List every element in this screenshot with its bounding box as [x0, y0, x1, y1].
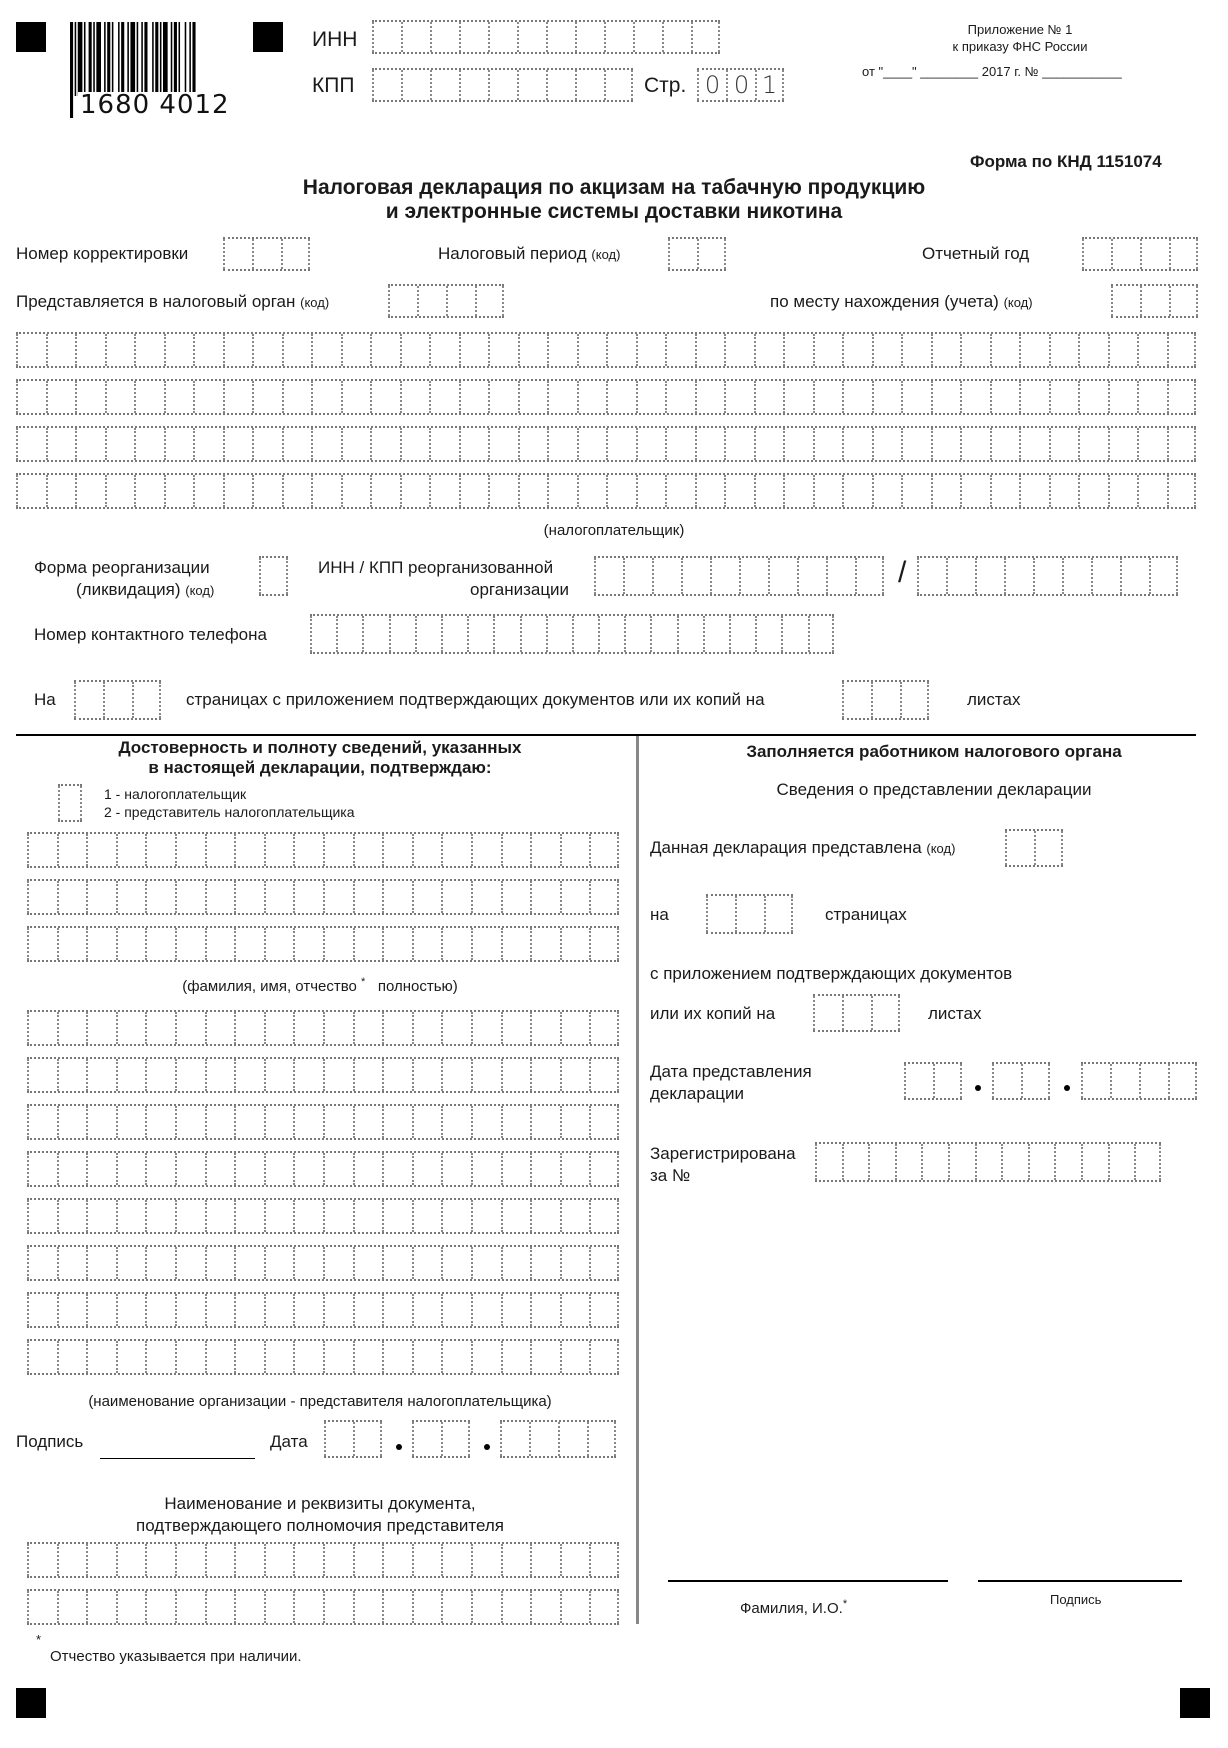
input-cell[interactable] — [677, 616, 703, 652]
input-cell[interactable] — [362, 616, 388, 652]
input-cell[interactable] — [372, 22, 401, 52]
input-cell[interactable] — [341, 381, 371, 413]
input-cell[interactable] — [691, 22, 720, 52]
input-cell[interactable] — [471, 1200, 501, 1232]
input-cell[interactable] — [429, 381, 459, 413]
input-cell[interactable] — [815, 1144, 842, 1180]
input-cell[interactable] — [1139, 1064, 1168, 1098]
input-cell[interactable] — [493, 616, 519, 652]
input-cell[interactable] — [1019, 381, 1049, 413]
input-cell[interactable] — [530, 1341, 560, 1373]
input-cell[interactable] — [105, 475, 135, 507]
input-cell[interactable] — [589, 1200, 619, 1232]
input-cell[interactable] — [960, 475, 990, 507]
input-cell[interactable] — [1078, 428, 1108, 460]
input-cell[interactable] — [560, 1341, 590, 1373]
input-cell[interactable] — [323, 1106, 353, 1138]
input-cell[interactable] — [459, 381, 489, 413]
input-cell[interactable] — [116, 1012, 146, 1044]
input-cell[interactable] — [264, 1544, 294, 1576]
input-cell[interactable] — [46, 428, 76, 460]
input-cell[interactable] — [282, 381, 312, 413]
input-cell[interactable] — [589, 1341, 619, 1373]
input-cell[interactable] — [57, 1200, 87, 1232]
input-cell[interactable] — [1149, 558, 1178, 594]
input-cell[interactable] — [310, 616, 336, 652]
input-cell[interactable] — [311, 428, 341, 460]
input-cell[interactable] — [353, 1294, 383, 1326]
input-cell[interactable] — [145, 1106, 175, 1138]
input-cell[interactable] — [116, 834, 146, 866]
input-cell[interactable] — [842, 1144, 869, 1180]
input-cell[interactable] — [175, 1106, 205, 1138]
input-cell[interactable] — [264, 834, 294, 866]
input-cell[interactable] — [370, 475, 400, 507]
input-cell[interactable] — [441, 1106, 471, 1138]
input-cell[interactable] — [560, 1544, 590, 1576]
confirm-role-field[interactable] — [58, 784, 82, 822]
input-cell[interactable] — [412, 1153, 442, 1185]
input-cell[interactable] — [754, 381, 784, 413]
input-cell[interactable] — [901, 428, 931, 460]
input-cell[interactable] — [459, 475, 489, 507]
input-cell[interactable] — [1001, 1144, 1028, 1180]
input-cell[interactable] — [488, 70, 517, 100]
input-cell[interactable] — [86, 881, 116, 913]
input-cell[interactable] — [382, 1341, 412, 1373]
input-cell[interactable] — [223, 475, 253, 507]
input-cell[interactable] — [1108, 475, 1138, 507]
input-cell[interactable] — [471, 834, 501, 866]
input-cell[interactable] — [560, 834, 590, 866]
input-cell[interactable] — [724, 475, 754, 507]
input-cell[interactable] — [205, 1106, 235, 1138]
taxpayer-name-row[interactable] — [16, 332, 1196, 368]
input-cell[interactable] — [710, 558, 739, 594]
tax-period-field[interactable] — [668, 237, 726, 271]
representative-org-row[interactable] — [27, 1151, 619, 1187]
input-cell[interactable] — [134, 381, 164, 413]
input-cell[interactable] — [264, 928, 294, 960]
input-cell[interactable] — [223, 381, 253, 413]
input-cell[interactable] — [412, 1422, 441, 1456]
input-cell[interactable] — [116, 1106, 146, 1138]
input-cell[interactable] — [598, 616, 624, 652]
input-cell[interactable] — [960, 428, 990, 460]
input-cell[interactable] — [353, 1422, 382, 1456]
input-cell[interactable] — [293, 1294, 323, 1326]
input-cell[interactable] — [842, 475, 872, 507]
input-cell[interactable] — [336, 616, 362, 652]
input-cell[interactable] — [826, 558, 855, 594]
input-cell[interactable] — [872, 381, 902, 413]
input-cell[interactable] — [518, 428, 548, 460]
input-cell[interactable] — [842, 428, 872, 460]
input-cell[interactable] — [46, 381, 76, 413]
input-cell[interactable] — [441, 1341, 471, 1373]
input-cell[interactable] — [589, 928, 619, 960]
input-cell[interactable] — [264, 1294, 294, 1326]
input-cell[interactable] — [116, 1544, 146, 1576]
input-cell[interactable] — [311, 381, 341, 413]
input-cell[interactable] — [520, 616, 546, 652]
input-cell[interactable] — [703, 616, 729, 652]
input-cell[interactable] — [441, 834, 471, 866]
input-cell[interactable] — [27, 1012, 57, 1044]
input-cell[interactable] — [323, 1200, 353, 1232]
input-cell[interactable] — [441, 1294, 471, 1326]
input-cell[interactable] — [234, 1247, 264, 1279]
input-cell[interactable] — [116, 1059, 146, 1091]
input-cell[interactable] — [1137, 381, 1167, 413]
input-cell[interactable] — [223, 428, 253, 460]
input-cell[interactable] — [606, 381, 636, 413]
input-cell[interactable] — [252, 475, 282, 507]
input-cell[interactable] — [587, 1422, 616, 1456]
input-cell[interactable] — [27, 1106, 57, 1138]
input-cell[interactable] — [665, 334, 695, 366]
input-cell[interactable] — [488, 22, 517, 52]
input-cell[interactable] — [931, 381, 961, 413]
input-cell[interactable] — [323, 1247, 353, 1279]
input-cell[interactable] — [132, 682, 161, 718]
input-cell[interactable] — [234, 881, 264, 913]
input-cell[interactable] — [975, 558, 1004, 594]
input-cell[interactable] — [415, 616, 441, 652]
input-cell[interactable] — [471, 1591, 501, 1623]
input-cell[interactable] — [441, 1591, 471, 1623]
input-cell[interactable] — [518, 334, 548, 366]
input-cell[interactable] — [547, 428, 577, 460]
input-cell[interactable] — [388, 286, 417, 316]
input-cell[interactable] — [412, 1059, 442, 1091]
input-cell[interactable] — [372, 70, 401, 100]
input-cell[interactable] — [901, 475, 931, 507]
input-cell[interactable] — [282, 428, 312, 460]
input-cell[interactable] — [341, 428, 371, 460]
input-cell[interactable] — [27, 834, 57, 866]
input-cell[interactable] — [665, 428, 695, 460]
input-cell[interactable] — [900, 682, 929, 718]
input-cell[interactable] — [234, 928, 264, 960]
representative-org-row[interactable] — [27, 1292, 619, 1328]
input-cell[interactable] — [560, 1294, 590, 1326]
input-cell[interactable] — [353, 1591, 383, 1623]
representative-org-row[interactable] — [27, 1104, 619, 1140]
input-cell[interactable] — [57, 1294, 87, 1326]
input-cell[interactable] — [164, 381, 194, 413]
input-cell[interactable] — [293, 1106, 323, 1138]
input-cell[interactable] — [652, 558, 681, 594]
input-cell[interactable] — [116, 1341, 146, 1373]
input-cell[interactable] — [1108, 381, 1138, 413]
input-cell[interactable] — [323, 1059, 353, 1091]
input-cell[interactable] — [412, 1012, 442, 1044]
input-cell[interactable] — [546, 70, 575, 100]
input-cell[interactable] — [1137, 475, 1167, 507]
input-cell[interactable] — [370, 381, 400, 413]
input-cell[interactable] — [205, 1153, 235, 1185]
input-cell[interactable] — [353, 881, 383, 913]
input-cell[interactable] — [223, 239, 252, 269]
submitted-code-field[interactable] — [1005, 829, 1063, 867]
input-cell[interactable] — [86, 1200, 116, 1232]
representative-org-row[interactable] — [27, 1339, 619, 1375]
correction-number-field[interactable] — [223, 237, 310, 271]
input-cell[interactable] — [471, 1294, 501, 1326]
input-cell[interactable] — [234, 1200, 264, 1232]
input-cell[interactable] — [662, 22, 691, 52]
input-cell[interactable] — [205, 1012, 235, 1044]
input-cell[interactable] — [441, 616, 467, 652]
input-cell[interactable] — [27, 1341, 57, 1373]
input-cell[interactable] — [429, 428, 459, 460]
input-cell[interactable] — [990, 334, 1020, 366]
input-cell[interactable] — [86, 1106, 116, 1138]
input-cell[interactable] — [353, 1247, 383, 1279]
attachment-sheets-field[interactable] — [842, 680, 929, 720]
input-cell[interactable] — [560, 1153, 590, 1185]
input-cell[interactable] — [293, 1153, 323, 1185]
input-cell[interactable] — [382, 1106, 412, 1138]
input-cell[interactable] — [1019, 428, 1049, 460]
taxpayer-name-row[interactable] — [16, 473, 1196, 509]
input-cell[interactable] — [57, 1544, 87, 1576]
input-cell[interactable] — [754, 475, 784, 507]
input-cell[interactable] — [430, 70, 459, 100]
input-cell[interactable] — [960, 381, 990, 413]
input-cell[interactable] — [501, 1544, 531, 1576]
officer-pages-field[interactable] — [706, 894, 793, 934]
input-cell[interactable] — [1034, 831, 1063, 865]
input-cell[interactable] — [412, 928, 442, 960]
input-cell[interactable] — [501, 1153, 531, 1185]
input-cell[interactable] — [1091, 558, 1120, 594]
input-cell[interactable] — [530, 1059, 560, 1091]
input-cell[interactable] — [1108, 334, 1138, 366]
input-cell[interactable] — [975, 1144, 1002, 1180]
input-cell[interactable] — [558, 1422, 587, 1456]
input-cell[interactable] — [530, 1591, 560, 1623]
officer-sheets-field[interactable] — [813, 994, 900, 1032]
input-cell[interactable] — [323, 834, 353, 866]
input-cell[interactable] — [589, 1012, 619, 1044]
input-cell[interactable] — [500, 1422, 529, 1456]
input-cell[interactable] — [501, 1106, 531, 1138]
input-cell[interactable] — [530, 1247, 560, 1279]
reorg-form-field[interactable] — [259, 556, 288, 596]
input-cell[interactable] — [665, 381, 695, 413]
input-cell[interactable] — [323, 1153, 353, 1185]
input-cell[interactable] — [116, 1200, 146, 1232]
input-cell[interactable] — [27, 1059, 57, 1091]
input-cell[interactable] — [1120, 558, 1149, 594]
input-cell[interactable] — [223, 334, 253, 366]
representative-org-row[interactable] — [27, 1010, 619, 1046]
input-cell[interactable] — [353, 1153, 383, 1185]
input-cell[interactable] — [577, 381, 607, 413]
input-cell[interactable] — [234, 1106, 264, 1138]
input-cell[interactable] — [917, 558, 946, 594]
input-cell[interactable] — [382, 834, 412, 866]
input-cell[interactable] — [382, 1247, 412, 1279]
input-cell[interactable] — [577, 334, 607, 366]
input-cell[interactable] — [234, 1012, 264, 1044]
input-cell[interactable] — [341, 334, 371, 366]
input-cell[interactable] — [1005, 831, 1034, 865]
input-cell[interactable] — [606, 428, 636, 460]
input-cell[interactable] — [145, 1294, 175, 1326]
input-cell[interactable] — [293, 1591, 323, 1623]
input-cell[interactable] — [1167, 334, 1197, 366]
input-cell[interactable] — [931, 334, 961, 366]
input-cell[interactable] — [353, 928, 383, 960]
input-cell[interactable] — [429, 334, 459, 366]
input-cell[interactable] — [116, 881, 146, 913]
input-cell[interactable] — [471, 928, 501, 960]
input-cell[interactable] — [293, 881, 323, 913]
reorg-kpp-field[interactable] — [917, 556, 1178, 596]
input-cell[interactable] — [234, 1341, 264, 1373]
input-cell[interactable] — [781, 616, 807, 652]
input-cell[interactable] — [57, 1153, 87, 1185]
input-cell[interactable] — [264, 881, 294, 913]
input-cell[interactable] — [27, 1153, 57, 1185]
input-cell[interactable] — [488, 381, 518, 413]
input-cell[interactable] — [1049, 334, 1079, 366]
representative-org-row[interactable] — [27, 1057, 619, 1093]
input-cell[interactable] — [27, 928, 57, 960]
input-cell[interactable] — [560, 881, 590, 913]
input-cell[interactable] — [57, 1106, 87, 1138]
input-cell[interactable] — [1081, 1064, 1110, 1098]
input-cell[interactable] — [441, 1153, 471, 1185]
input-cell[interactable] — [86, 1153, 116, 1185]
page-number-field[interactable]: 001 — [697, 68, 784, 102]
input-cell[interactable] — [193, 334, 223, 366]
input-cell[interactable] — [783, 334, 813, 366]
input-cell[interactable] — [594, 558, 623, 594]
signer-fio-row[interactable] — [27, 832, 619, 868]
input-cell[interactable] — [205, 1591, 235, 1623]
input-cell[interactable] — [530, 1012, 560, 1044]
input-cell[interactable] — [382, 1544, 412, 1576]
input-cell[interactable] — [1137, 428, 1167, 460]
page-digit-cell[interactable]: 0 — [697, 70, 726, 100]
input-cell[interactable] — [575, 70, 604, 100]
input-cell[interactable] — [530, 1544, 560, 1576]
input-cell[interactable] — [901, 381, 931, 413]
input-cell[interactable] — [441, 1200, 471, 1232]
input-cell[interactable] — [589, 834, 619, 866]
input-cell[interactable] — [353, 1012, 383, 1044]
input-cell[interactable] — [636, 475, 666, 507]
input-cell[interactable] — [105, 428, 135, 460]
input-cell[interactable] — [530, 881, 560, 913]
input-cell[interactable] — [412, 1294, 442, 1326]
input-cell[interactable] — [754, 334, 784, 366]
input-cell[interactable] — [441, 928, 471, 960]
input-cell[interactable] — [401, 22, 430, 52]
input-cell[interactable] — [560, 1247, 590, 1279]
input-cell[interactable] — [234, 1153, 264, 1185]
input-cell[interactable] — [353, 1106, 383, 1138]
input-cell[interactable] — [650, 616, 676, 652]
input-cell[interactable] — [353, 1544, 383, 1576]
input-cell[interactable] — [412, 834, 442, 866]
input-cell[interactable] — [264, 1247, 294, 1279]
input-cell[interactable] — [895, 1144, 922, 1180]
location-field[interactable] — [1111, 284, 1198, 318]
input-cell[interactable] — [86, 1294, 116, 1326]
input-cell[interactable] — [518, 381, 548, 413]
input-cell[interactable] — [175, 1591, 205, 1623]
input-cell[interactable] — [412, 881, 442, 913]
input-cell[interactable] — [1111, 239, 1140, 269]
input-cell[interactable] — [842, 334, 872, 366]
input-cell[interactable] — [808, 616, 834, 652]
input-cell[interactable] — [1078, 381, 1108, 413]
input-cell[interactable] — [205, 1059, 235, 1091]
input-cell[interactable] — [681, 558, 710, 594]
input-cell[interactable] — [134, 428, 164, 460]
input-cell[interactable] — [311, 475, 341, 507]
input-cell[interactable] — [175, 1059, 205, 1091]
input-cell[interactable] — [86, 1059, 116, 1091]
input-cell[interactable] — [560, 1059, 590, 1091]
input-cell[interactable] — [467, 616, 493, 652]
sign-date-year-field[interactable] — [500, 1420, 616, 1458]
input-cell[interactable] — [412, 1106, 442, 1138]
taxpayer-name-row[interactable] — [16, 426, 1196, 462]
input-cell[interactable] — [86, 1341, 116, 1373]
input-cell[interactable] — [234, 1591, 264, 1623]
input-cell[interactable] — [475, 286, 504, 316]
input-cell[interactable] — [205, 881, 235, 913]
input-cell[interactable] — [175, 834, 205, 866]
input-cell[interactable] — [459, 22, 488, 52]
input-cell[interactable] — [471, 1153, 501, 1185]
input-cell[interactable] — [1049, 381, 1079, 413]
input-cell[interactable] — [46, 334, 76, 366]
input-cell[interactable] — [577, 475, 607, 507]
input-cell[interactable] — [1167, 475, 1197, 507]
input-cell[interactable] — [417, 286, 446, 316]
input-cell[interactable] — [16, 428, 46, 460]
input-cell[interactable] — [471, 881, 501, 913]
input-cell[interactable] — [471, 1341, 501, 1373]
input-cell[interactable] — [530, 1106, 560, 1138]
input-cell[interactable] — [530, 1200, 560, 1232]
input-cell[interactable] — [501, 1012, 531, 1044]
input-cell[interactable] — [164, 428, 194, 460]
input-cell[interactable] — [501, 1200, 531, 1232]
input-cell[interactable] — [16, 475, 46, 507]
signer-fio-row[interactable] — [27, 879, 619, 915]
input-cell[interactable] — [264, 1591, 294, 1623]
page-digit-cell[interactable]: 0 — [726, 70, 755, 100]
input-cell[interactable] — [471, 1544, 501, 1576]
input-cell[interactable] — [145, 1341, 175, 1373]
input-cell[interactable] — [145, 1200, 175, 1232]
input-cell[interactable] — [1049, 475, 1079, 507]
input-cell[interactable] — [446, 286, 475, 316]
input-cell[interactable] — [560, 1012, 590, 1044]
input-cell[interactable] — [311, 334, 341, 366]
input-cell[interactable] — [252, 428, 282, 460]
input-cell[interactable] — [872, 475, 902, 507]
input-cell[interactable] — [264, 1012, 294, 1044]
